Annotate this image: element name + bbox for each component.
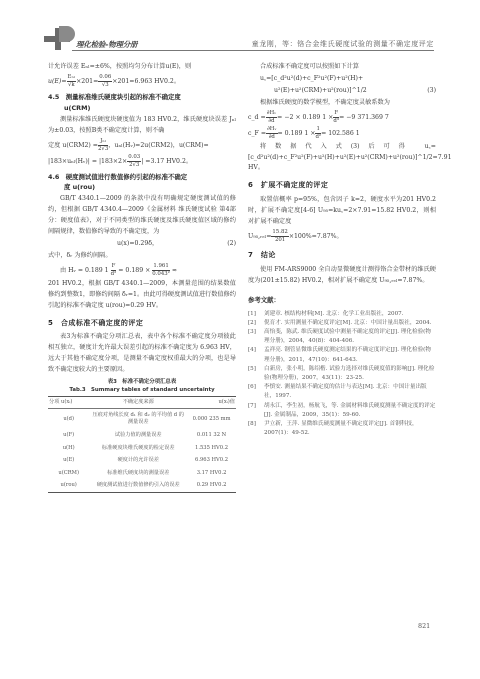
table-cell: 标准维氏硬度块的测量误差: [89, 467, 187, 480]
equation-uE: u(E)=Eₙₗ√k×201=0.06√3×201=6.963 HV0.2。: [48, 74, 236, 89]
reference-index: [2]: [248, 319, 264, 328]
equation-cd: c_d =∂Hᵥ∂d= −2 × 0.189 1 ×Fd³= −9 371.36…: [248, 110, 436, 125]
paragraph: GB/T 4340.1—2009 的条款中没有明确规定硬度测试值的修约，但根据 …: [48, 194, 236, 238]
left-column: 计允许误差 Eₙₗ=±6%，按照均匀分布计算u(E)，则 u(E)=Eₙₗ√k×…: [48, 62, 236, 493]
eq-text: |183×uₙₗ(Hᵥ)| = |183×2×: [48, 158, 127, 165]
table-cell: 硬度计的允许误差: [89, 455, 187, 468]
page-number: 821: [418, 622, 430, 630]
table-cell: u(F): [48, 429, 89, 442]
table-cell: 试验力值的测量误差: [89, 429, 187, 442]
reference-index: [3]: [248, 328, 264, 346]
heading-text-cont: u(CRM): [48, 103, 236, 114]
equation-3-line1: u꜀=[c_d²u²(d)+c_F²u²(F)+u²(H)+: [248, 74, 436, 85]
numerator: F: [111, 263, 117, 271]
fraction: Fd²: [111, 263, 117, 278]
eq-text: = −9 371.369 7: [339, 114, 389, 121]
section-heading-4-6: 4.6 硬度测试值进行数值修约引起的标准不确定 度 u(rou): [48, 172, 236, 194]
table-row: u(F)试验力值的测量误差0.011 32 N: [48, 429, 236, 442]
journal-name: 理化检验-物理分册: [76, 39, 137, 50]
equation-number: (3): [427, 86, 436, 97]
reference-text: 白新房，张小明，陈绍楷. 试验力选择对维氏硬度值的影响[J]. 理化检验(物理分…: [264, 365, 436, 383]
denominator: √k: [67, 82, 77, 89]
paragraph: 根据维氏硬度的数学模型，不确定度灵敏系数为: [248, 98, 436, 109]
table-cell: 3.17 HV0.2: [187, 467, 236, 480]
reference-item: [7]胡永江，李生初，杨航飞，等. 金属材料维氏硬度测量不确定度的评定[J]. …: [248, 402, 436, 420]
table-cell: 1.535 HV0.2: [187, 442, 236, 455]
equation-crm-b: |183×uₙₗ(Hᵥ)| = |183×2×0.032√3| =3.17 HV…: [48, 154, 236, 169]
reference-item: [8]尹立新，王萍. 显微维氏硬度测量不确定度评定[J]. 首钢科技，2007(…: [248, 420, 436, 438]
equation-number: (2): [227, 239, 236, 250]
fraction: 1.9610.043²: [152, 263, 170, 278]
denominator: 2√3: [98, 146, 108, 153]
table-cell: 标准硬度块维氏硬度的检定误差: [89, 442, 187, 455]
reference-text: 胡永江，李生初，杨航飞，等. 金属材料维氏硬度测量不确定度的评定[J]. 金属制…: [264, 402, 436, 420]
numerator: 0.06: [98, 74, 112, 82]
denominator: ∂d: [266, 118, 278, 125]
fraction: ∂Hᵥ∂d: [266, 126, 278, 141]
eq-text: ≈: [172, 267, 177, 274]
table-cell: u(E): [48, 455, 89, 468]
reference-index: [6]: [248, 383, 264, 401]
eq-text: | =3.17 HV0.2。: [141, 158, 192, 165]
eq-text: ×100%=7.87%。: [289, 233, 343, 240]
table-cell: u(d): [48, 409, 89, 430]
eq-text: = 0.189 1 ×: [278, 130, 316, 137]
reference-index: [8]: [248, 420, 264, 438]
heading-text: 4.6 硬度测试值进行数值修约引起的标准不确定: [48, 173, 187, 181]
reference-index: [5]: [248, 365, 264, 383]
denominator: ∂d: [266, 134, 278, 141]
table-cell: u(rou): [48, 480, 89, 493]
eq-text: ×201=: [76, 78, 98, 85]
column-header: 不确定度来源: [89, 397, 187, 409]
eq-text: u(x)=0.29δ，: [117, 240, 158, 247]
equation-2: u(x)=0.29δ，(2): [48, 239, 236, 250]
fraction: Jₙₗ2√3: [98, 138, 108, 153]
paragraph: 测量标准维氏硬度块硬度值为 183 HV0.2，维氏硬度块误差 Jₙₗ 为±0.…: [48, 115, 236, 137]
numerator: 15.82: [271, 229, 288, 237]
reference-index: [7]: [248, 402, 264, 420]
reference-text: 倪育才. 实用测量不确定度评定[M]. 北京：中国计量出版社，2004.: [264, 319, 436, 328]
table-row: u(d)压痕对角线长度 d₁ 和 d₂ 的平均值 d 的测量误差0.000 23…: [48, 409, 236, 430]
heading-text-cont: 度 u(rou): [48, 182, 236, 193]
eq-text: c_F =: [248, 130, 266, 137]
numerator: Eₙₗ: [67, 74, 77, 82]
table-cell: 压痕对角线长度 d₁ 和 d₂ 的平均值 d 的测量误差: [89, 409, 187, 430]
reference-item: [5]白新房，张小明，陈绍楷. 试验力选择对维氏硬度值的影响[J]. 理化检验(…: [248, 365, 436, 383]
eq-text: u(E)=: [48, 78, 67, 85]
table-caption-cn: 表3 标准不确定分项汇总表: [48, 378, 236, 386]
section-heading-4-5: 4.5 测量标准维氏硬度块引起的标准不确定度 u(CRM): [48, 92, 236, 114]
heading-text: 4.5 测量标准维氏硬度块引起的标准不确定度: [48, 93, 181, 101]
eq-text: ×201=6.963 HV0.2。: [112, 78, 180, 85]
reference-item: [2]倪育才. 实用测量不确定度评定[M]. 北京：中国计量出版社，2004.: [248, 319, 436, 328]
equation-urel: U₉₅,ᵣₑₗ=15.82201×100%=7.87%。: [248, 229, 436, 244]
page-header: 理化检验-物理分册 童龙刚，等：铬合金维氏硬度试验的测量不确定度评定: [44, 26, 434, 52]
equation-3-line2: u²(E)+u²(CRM)+u²(rou)]^1/2(3): [248, 86, 436, 97]
numerator: 1.961: [152, 263, 170, 271]
eq-text: = −2 × 0.189 1 ×: [277, 114, 333, 121]
table-cell: u(H): [48, 442, 89, 455]
fraction: 0.06√3: [98, 74, 112, 89]
paragraph: 式中，δᵣ 为修约间隔。: [48, 251, 236, 262]
numerator: 0.03: [127, 154, 141, 162]
paragraph: 计允许误差 Eₙₗ=±6%，按照均匀分布计算u(E)，则: [48, 62, 236, 73]
paragraph: 201 HV0.2，根据 GB/T 4340.1—2009，本测量范围的结果数值…: [48, 279, 236, 312]
eq-text: u²(E)+u²(CRM)+u²(rou)]^1/2: [274, 87, 367, 94]
reference-text: 尹立新，王萍. 显微维氏硬度测量不确定度评定[J]. 首钢科技，2007(1)：…: [264, 420, 436, 438]
table-cell: 0.29 HV0.2: [187, 480, 236, 493]
paragraph: 将数据代入式(3)后可得 u꜀=[c_d²u²(d)+c_F²u²(F)+u²(…: [248, 142, 436, 175]
journal-logo-p-icon: [59, 26, 75, 42]
table-cell: 0.011 32 N: [187, 429, 236, 442]
eq-text: = 0.189 ×: [118, 267, 150, 274]
section-heading-7: 7 结论: [248, 250, 436, 261]
reference-text: 刘建章. 核结构材料[M]. 北京：化学工业出版社，2007.: [264, 310, 436, 319]
reference-text: 高怡斐，陈武. 维氏硬度试验中测量不确定度的评定[J]. 理化检验(物理分册)，…: [264, 328, 436, 346]
reference-list: [1]刘建章. 核结构材料[M]. 北京：化学工业出版社，2007. [2]倪育…: [248, 310, 436, 439]
section-heading-5: 5 合成标准不确定度的评定: [48, 318, 236, 329]
reference-item: [4]孟祥亮. 钢管显微维氏硬度测定结果的不确定度评定[J]. 理化检验(物理分…: [248, 346, 436, 364]
denominator: √3: [98, 82, 112, 89]
fraction: Eₙₗ√k: [67, 74, 77, 89]
table-cell: 6.963 HV0.2: [187, 455, 236, 468]
eq-text: c_d =: [248, 114, 266, 121]
eq-text: ，uₙₗ(Hᵥ)=2u(CRM2)，u(CRM)=: [108, 142, 208, 149]
running-title: 童龙刚，等：铬合金维氏硬度试验的测量不确定度评定: [252, 39, 434, 49]
fraction: ∂Hᵥ∂d: [266, 110, 278, 125]
right-column: 合成标准不确定度可以按照如下计算 u꜀=[c_d²u²(d)+c_F²u²(F)…: [248, 62, 436, 438]
reference-item: [6]李慎安. 测量结果不确定度的估计与表达[M]. 北京：中国计量出版社，19…: [248, 383, 436, 401]
reference-text: 李慎安. 测量结果不确定度的估计与表达[M]. 北京：中国计量出版社，1997.: [264, 383, 436, 401]
fraction: 0.032√3: [127, 154, 141, 169]
eq-text: 由 Hᵥ = 0.189 1: [60, 267, 109, 274]
column-header: u(xᵢ)值: [187, 397, 236, 409]
paragraph: 使用 FM-ARS9000 全自动显微硬度计测得铬合金带材的维氏硬度为(201±…: [248, 265, 436, 287]
table-row: u(rou)硬度测试值进行数值修约引入的误差0.29 HV0.2: [48, 480, 236, 493]
reference-text: 孟祥亮. 钢管显微维氏硬度测定结果的不确定度评定[J]. 理化检验(物理分册)，…: [264, 346, 436, 364]
equation-crm-a: 定度 u(CRM2) =Jₙₗ2√3，uₙₗ(Hᵥ)=2u(CRM2)，u(CR…: [48, 138, 236, 153]
eq-text: U₉₅,ᵣₑₗ=: [248, 233, 271, 240]
reference-item: [1]刘建章. 核结构材料[M]. 北京：化学工业出版社，2007.: [248, 310, 436, 319]
column-header: 分项 u(xᵢ): [48, 397, 89, 409]
eq-text: = 102.586 1: [321, 130, 360, 137]
equation-hv: 由 Hᵥ = 0.189 1 Fd² = 0.189 × 1.9610.043²…: [48, 263, 236, 278]
numerator: ∂Hᵥ: [266, 110, 278, 118]
numerator: ∂Hᵥ: [266, 126, 278, 134]
table-cell: 0.000 235 mm: [187, 409, 236, 430]
denominator: 201: [271, 237, 288, 244]
paragraph: 取置信概率 p=95%，包含因子 k=2，硬度水平为201 HV0.2时，扩展不…: [248, 195, 436, 228]
table-row: u(CRM)标准维氏硬度块的测量误差3.17 HV0.2: [48, 467, 236, 480]
denominator: 2√3: [127, 162, 141, 169]
reference-item: [3]高怡斐，陈武. 维氏硬度试验中测量不确定度的评定[J]. 理化检验(物理分…: [248, 328, 436, 346]
table-row: u(E)硬度计的允许误差6.963 HV0.2: [48, 455, 236, 468]
equation-cf: c_F =∂Hᵥ∂d= 0.189 1 ×1d²= 102.586 1: [248, 126, 436, 141]
table-cell: u(CRM): [48, 467, 89, 480]
header-rule: [72, 50, 434, 51]
table-caption-en: Tab.3 Summary tables of standard uncerta…: [48, 386, 236, 394]
eq-text: 定度 u(CRM2) =: [48, 142, 98, 149]
paragraph: 合成标准不确定度可以按照如下计算: [248, 62, 436, 73]
fraction: 15.82201: [271, 229, 288, 244]
numerator: Jₙₗ: [98, 138, 108, 146]
references-heading: 参考文献：: [248, 295, 436, 306]
table-header-row: 分项 u(xᵢ) 不确定度来源 u(xᵢ)值: [48, 397, 236, 409]
table-cell: 硬度测试值进行数值修约引入的误差: [89, 480, 187, 493]
denominator: d²: [111, 271, 117, 278]
denominator: 0.043²: [152, 271, 170, 278]
uncertainty-summary-table: 分项 u(xᵢ) 不确定度来源 u(xᵢ)值 u(d)压痕对角线长度 d₁ 和 …: [48, 396, 236, 493]
reference-index: [1]: [248, 310, 264, 319]
reference-index: [4]: [248, 346, 264, 364]
table-row: u(H)标准硬度块维氏硬度的检定误差1.535 HV0.2: [48, 442, 236, 455]
paragraph: 表3为标准不确定分项汇总表，表中各个标准不确定度分项彼此相互独立，硬度计允许最大…: [48, 332, 236, 376]
section-heading-6: 6 扩展不确定度的评定: [248, 180, 436, 191]
